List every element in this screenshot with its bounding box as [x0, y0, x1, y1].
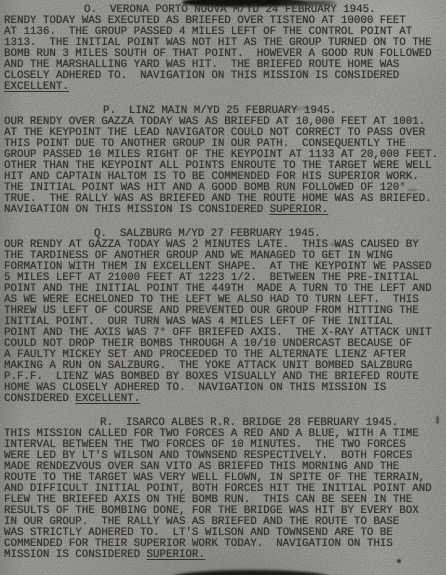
navigation-rating: SUPERIOR.: [147, 549, 205, 561]
mission-closing-line: EXCELLENT.: [4, 82, 446, 93]
mission-body: RENDY TODAY WAS EXECUTED AS BRIEFED OVER…: [4, 16, 446, 82]
mission-paragraph-linz: P. LINZ MAIN M/YD 25 FEBRUARY 1945. OUR …: [4, 106, 446, 216]
mission-paragraph-salzburg: Q. SALZBURG M/YD 27 FEBRUARY 1945. OUR R…: [4, 229, 446, 405]
mission-body: THIS MISSION CALLED FOR TWO FORCES A RED…: [4, 429, 446, 550]
mission-closing-line: MISSION IS CONSIDERED SUPERIOR.: [4, 550, 446, 561]
document-page: O. VERONA PORTO NUOVA M/YD 24 FEBRUARY 1…: [0, 0, 446, 575]
closing-text: NAVIGATION ON THIS MISSION IS CONSIDERED: [4, 204, 270, 216]
ink-smudge-bottom: [172, 570, 330, 575]
navigation-rating: EXCELLENT.: [4, 81, 69, 93]
closing-text: MISSION IS CONSIDERED: [4, 549, 147, 561]
mission-paragraph-verona: O. VERONA PORTO NUOVA M/YD 24 FEBRUARY 1…: [4, 5, 446, 93]
navigation-rating: EXCELLENT.: [75, 393, 140, 405]
mission-closing-line: CONSIDERED EXCELLENT.: [4, 394, 446, 405]
navigation-rating: SUPERIOR.: [270, 204, 328, 216]
mission-body: OUR RENDY OVER GAZZA TODAY WAS AS BRIEFE…: [4, 117, 446, 205]
text-line: CLOSELY ADHERED TO. NAVIGATION ON THIS M…: [4, 71, 446, 82]
mission-report-text: O. VERONA PORTO NUOVA M/YD 24 FEBRUARY 1…: [4, 5, 446, 561]
closing-text: CONSIDERED: [4, 393, 75, 405]
mission-closing-line: NAVIGATION ON THIS MISSION IS CONSIDERED…: [4, 205, 446, 216]
mission-paragraph-isarco: R. ISARCO ALBES R.R. BRIDGE 28 FEBRUARY …: [4, 418, 446, 561]
mission-body: OUR RENDY AT GAZZA TODAY WAS 2 MINUTES L…: [4, 240, 446, 394]
